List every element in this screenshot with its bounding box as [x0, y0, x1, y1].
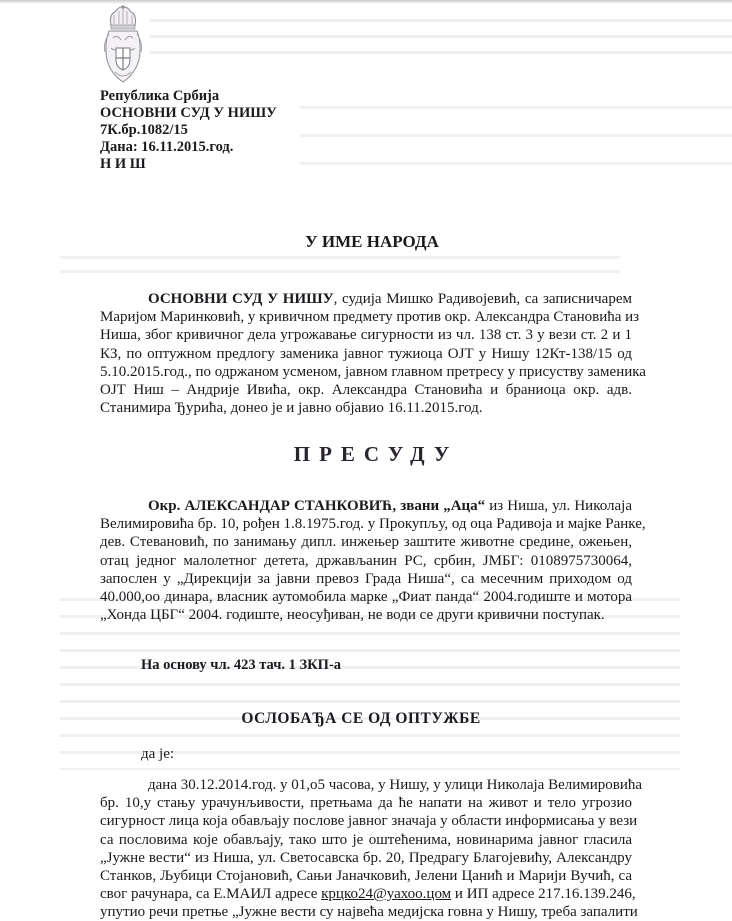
country-name: Република Србија: [100, 88, 277, 105]
court-verdict-page: Република Србија ОСНОВНИ СУД У НИШУ 7К.б…: [0, 0, 732, 921]
document-date: Дана: 16.11.2015.год.: [100, 139, 277, 156]
that-he-label: да је:: [141, 746, 174, 763]
paragraph-line: дев. Стевановић, по занимању дипл. инжењ…: [100, 533, 632, 551]
paragraph-line: „Јужне вести“ из Ниша, ул. Светосавска б…: [100, 849, 632, 867]
paragraph-line: Станков, Љубици Стојановић, Сањи Јаначко…: [100, 867, 632, 885]
defendant-name: Окр. АЛЕКСАНДАР СТАНКОВИЋ, звани „Аца“: [148, 498, 485, 514]
paragraph-line: дана 30.12.2014.год. у 01,о5 часова, у Н…: [100, 776, 632, 794]
document-header: Република Србија ОСНОВНИ СУД У НИШУ 7К.б…: [100, 88, 277, 173]
legal-basis: На основу чл. 423 тач. 1 ЗКП-а: [141, 657, 341, 674]
paragraph-line: свог рачунара, са Е.МАИЛ адресе крцко24@…: [100, 885, 632, 903]
paragraph-line: 5.10.2015.год., по одржаном усменом, јав…: [100, 363, 632, 381]
paragraph-line: Велимировића бр. 10, рођен 1.8.1975.год.…: [100, 515, 632, 533]
paragraph-line: ОСНОВНИ СУД У НИШУ, судија Мишко Радивој…: [100, 290, 632, 308]
city-name: Н И Ш: [100, 156, 277, 173]
paragraph-line: са пословима које обављају, тако што је …: [100, 831, 632, 849]
facts-paragraph: дана 30.12.2014.год. у 01,о5 часова, у Н…: [100, 776, 632, 921]
paragraph-line: „Хонда ЦБГ“ 2004. годиште, неосуђиван, н…: [100, 606, 632, 624]
defendant-paragraph: Окр. АЛЕКСАНДАР СТАНКОВИЋ, звани „Аца“ и…: [100, 497, 632, 624]
email-link[interactable]: крцко24@уахоо.цом: [321, 886, 451, 902]
paragraph-line: Станимира Ђурића, донео је и јавно објав…: [100, 399, 632, 417]
coat-of-arms-icon: [101, 4, 145, 84]
paragraph-line: КЗ, по оптужном предлогу заменика јавног…: [100, 345, 632, 363]
paragraph-line: бр. 10,у стању урачунљивости, претњама д…: [100, 794, 632, 812]
paragraph-line: отац једног малолетног детета, држављани…: [100, 552, 632, 570]
intro-paragraph: ОСНОВНИ СУД У НИШУ, судија Мишко Радивој…: [100, 290, 632, 417]
acquittal-heading: ОСЛОБАЂА СЕ ОД ОПТУЖБЕ: [0, 710, 732, 728]
in-the-name-of-the-people-heading: У ИМЕ НАРОДА: [0, 232, 732, 252]
verdict-heading: ПРЕСУДУ: [0, 442, 732, 467]
paragraph-line: ОЈТ Ниш – Андрије Ивића, окр. Александра…: [100, 381, 632, 399]
paragraph-line: упутио речи претње „Јужне вести су најве…: [100, 903, 632, 921]
paragraph-line: Ниша, због кривичног дела угрожавање сиг…: [100, 326, 632, 344]
court-name-inline: ОСНОВНИ СУД У НИШУ: [148, 291, 334, 307]
paragraph-line: Окр. АЛЕКСАНДАР СТАНКОВИЋ, звани „Аца“ и…: [100, 497, 632, 515]
case-number: 7К.бр.1082/15: [100, 122, 277, 139]
paragraph-line: 40.000,оо динара, власник аутомобила мар…: [100, 588, 632, 606]
paragraph-line: Маријом Маринковић, у кривичном предмету…: [100, 308, 632, 326]
paragraph-line: сигурност лица која обављају послове јав…: [100, 812, 632, 830]
paragraph-line: запослен у „Дирекцији за јавни превоз Гр…: [100, 570, 632, 588]
court-name: ОСНОВНИ СУД У НИШУ: [100, 105, 277, 122]
